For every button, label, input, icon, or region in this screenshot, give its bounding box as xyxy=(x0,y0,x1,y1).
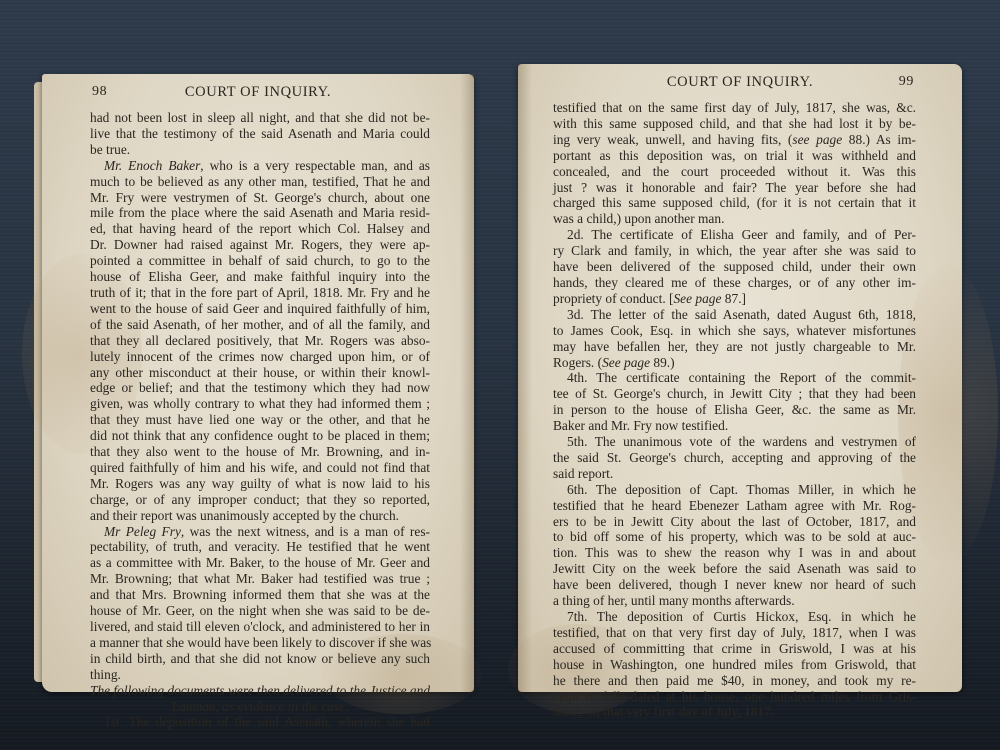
text-line: have been delivered, though I never knew… xyxy=(553,577,916,593)
text-line: mile from the place where the said Asena… xyxy=(90,205,430,221)
text-line: testified, that on that very first day o… xyxy=(553,625,916,641)
text-line: went to the house of said Geer and inqui… xyxy=(90,301,430,317)
text-line: in child birth, and that she did not kno… xyxy=(90,651,430,667)
text-line: ed, that having heard of the report whic… xyxy=(90,221,430,237)
text-line: testified that on the same first day of … xyxy=(553,100,916,116)
text-line: may have befallen her, they are not just… xyxy=(553,339,916,355)
text-line: a thing of her, until many months afterw… xyxy=(553,593,916,609)
text-line: 7th. The deposition of Curtis Hickox, Es… xyxy=(553,609,916,625)
text-line: had not been lost in sleep all night, an… xyxy=(90,110,430,126)
text-line: house of Elisha Geer, and make faithful … xyxy=(90,269,430,285)
text-line: truth of it; that in the fore part of Ap… xyxy=(90,285,430,301)
text-line: propriety of conduct. [See page 87.] xyxy=(553,291,916,307)
text-line: that they must have lied one way or the … xyxy=(90,412,430,428)
text-line: Mr. Browning; that what Mr. Baker had te… xyxy=(90,571,430,587)
text-line: Jewitt City on the week before the said … xyxy=(553,561,916,577)
text-line: portant as this deposition was, on trial… xyxy=(553,148,916,164)
text-line: and their report was unanimously accepte… xyxy=(90,508,430,524)
text-line: he there and then paid me $40, in money,… xyxy=(553,673,916,689)
text-line: 5th. The unanimous vote of the wardens a… xyxy=(553,434,916,450)
page-header: 98 COURT OF INQUIRY. xyxy=(42,84,474,104)
text-line: be true. xyxy=(90,142,430,158)
text-line: edge or belief; and that the testimony w… xyxy=(90,380,430,396)
text-line: livered, and staid till eleven o'clock, … xyxy=(90,619,430,635)
text-line: 6th. The deposition of Capt. Thomas Mill… xyxy=(553,482,916,498)
text-line: house in Washington, one hundred miles f… xyxy=(553,657,916,673)
text-line: thing. xyxy=(90,667,430,683)
text-line: lutely innocent of the crimes now charge… xyxy=(90,349,430,365)
text-line: pectability, of truth, and veracity. He … xyxy=(90,539,430,555)
text-line: 4th. The certificate containing the Repo… xyxy=(553,370,916,386)
text-line: and that Mrs. Browning informed them tha… xyxy=(90,587,430,603)
text-line: did not think that any confidence ought … xyxy=(90,428,430,444)
text-line: pointed a committee in behalf of said ch… xyxy=(90,253,430,269)
text-line: to James Cook, Esq. in which she says, w… xyxy=(553,323,916,339)
text-line: charged this same supposed child, (for i… xyxy=(553,195,916,211)
text-line: tee of St. George's church, in Jewitt Ci… xyxy=(553,386,916,402)
text-line: that they also went to the house of Mr. … xyxy=(90,444,430,460)
text-line: house of Mr. Geer, on the night when she… xyxy=(90,603,430,619)
text-line: 1st. The deposition of the said Asenath,… xyxy=(90,714,430,730)
text-line: have been delivered of the supposed chil… xyxy=(553,259,916,275)
text-line: any other misconduct at their house, or … xyxy=(90,365,430,381)
text-line: charge, or of any improper conduct; that… xyxy=(90,492,430,508)
page-body-text: testified that on the same first day of … xyxy=(553,100,916,720)
text-line: to bid off some of his property, which w… xyxy=(553,529,916,545)
text-line: ry Clark and family, in which, the year … xyxy=(553,243,916,259)
page-body-text: had not been lost in sleep all night, an… xyxy=(90,110,430,730)
text-line: Mr. Rogers was any way guilty of what is… xyxy=(90,476,430,492)
text-line: 3d. The letter of the said Asenath, date… xyxy=(553,307,916,323)
text-line: 2d. The certificate of Elisha Geer and f… xyxy=(553,227,916,243)
text-line: that they all declared positively, that … xyxy=(90,333,430,349)
text-line: a manner that she would have been likely… xyxy=(90,635,430,651)
text-line: Mr. Fry were vestrymen of St. George's c… xyxy=(90,190,430,206)
text-line: The following documents were then delive… xyxy=(90,683,430,699)
text-line: ing very weak, unwell, and having fits, … xyxy=(553,132,916,148)
text-line: the said St. George's church, accepting … xyxy=(553,450,916,466)
text-line: concealed, and the court proceeded witho… xyxy=(553,164,916,180)
text-line: quired faithfully of him and his wife, a… xyxy=(90,460,430,476)
text-line: said report. xyxy=(553,466,916,482)
text-line: accused of committing that crime in Gris… xyxy=(553,641,916,657)
text-line: in person to the house of Elisha Geer, &… xyxy=(553,402,916,418)
text-line: hands, they cleared me of these charges,… xyxy=(553,275,916,291)
text-line: Mr Peleg Fry, was the next witness, and … xyxy=(90,524,430,540)
text-line: Lanman, as evidence in the case. xyxy=(90,699,430,715)
text-line: as a committee with Mr. Baker, to the ho… xyxy=(90,555,430,571)
text-line: live that the testimony of the said Asen… xyxy=(90,126,430,142)
text-line: testified that he heard Ebenezer Latham … xyxy=(553,498,916,514)
text-line: ers to be in Jewitt City about the last … xyxy=(553,514,916,530)
left-book-page: 98 COURT OF INQUIRY. had not been lost i… xyxy=(42,74,474,692)
text-line: tion. This was to shew the reason why I … xyxy=(553,545,916,561)
text-line: Rogers. (See page 89.) xyxy=(553,355,916,371)
text-line: Baker and Mr. Fry now testified. xyxy=(553,418,916,434)
text-line: wold, on that very first day of July, 18… xyxy=(553,704,916,720)
text-line: ceipt in full, dated at his house, one h… xyxy=(553,689,916,705)
page-number: 99 xyxy=(899,74,914,90)
running-head: COURT OF INQUIRY. xyxy=(518,74,962,91)
text-line: just ? was it honorable and fair? The ye… xyxy=(553,180,916,196)
running-head: COURT OF INQUIRY. xyxy=(42,84,474,101)
page-header: COURT OF INQUIRY. 99 xyxy=(518,74,962,94)
text-line: Dr. Downer had raised against Mr. Rogers… xyxy=(90,237,430,253)
text-line: was a child,) upon another man. xyxy=(553,211,916,227)
text-line: with this same supposed child, and that … xyxy=(553,116,916,132)
text-line: much to be believed as any other man, te… xyxy=(90,174,430,190)
text-line: Mr. Enoch Baker, who is a very respectab… xyxy=(90,158,430,174)
right-book-page: COURT OF INQUIRY. 99 testified that on t… xyxy=(518,64,962,692)
text-line: of the said Asenath, of her mother, and … xyxy=(90,317,430,333)
text-line: given, was wholly contrary to what they … xyxy=(90,396,430,412)
